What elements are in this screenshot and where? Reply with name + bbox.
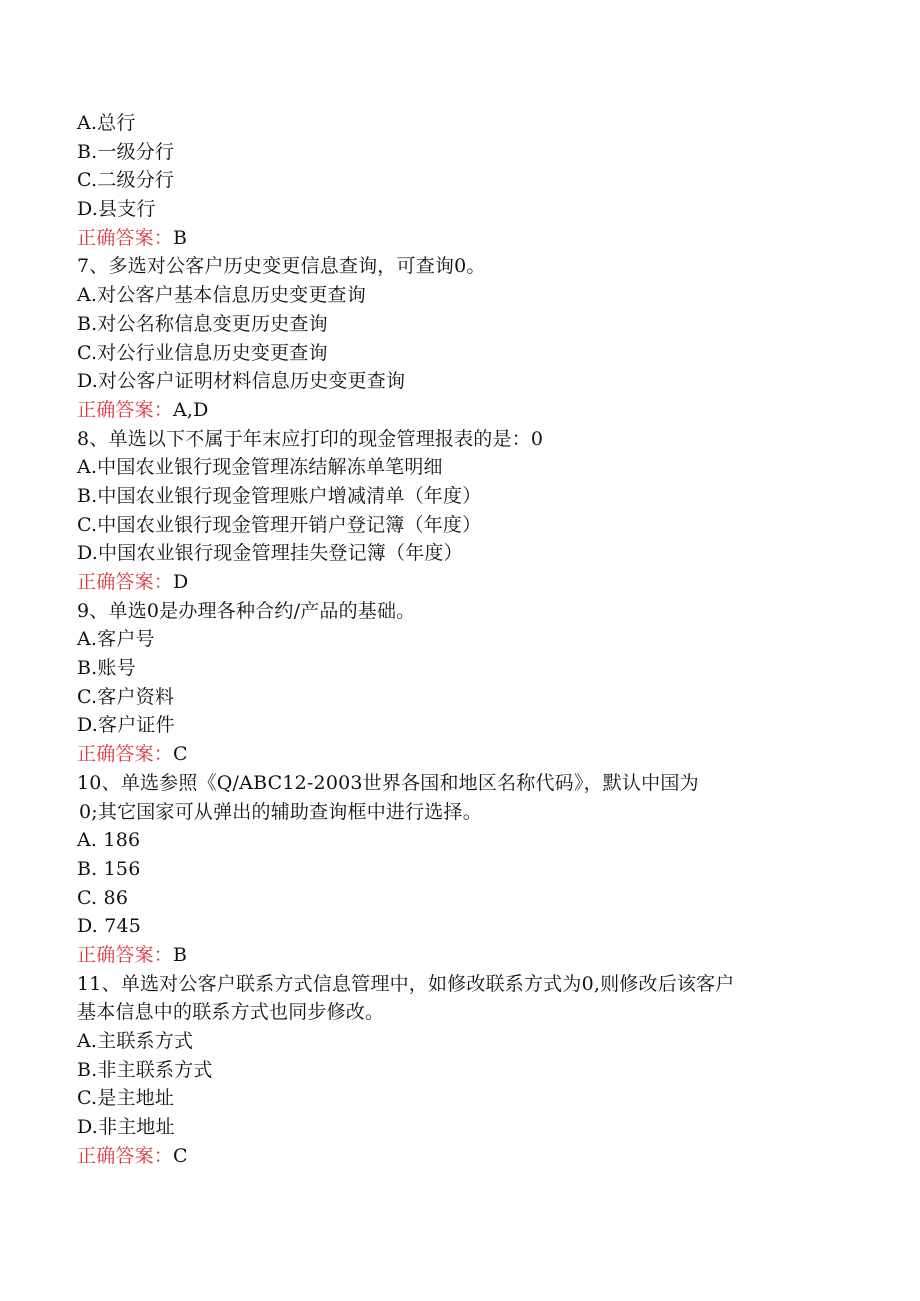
answer-value: C: [173, 743, 188, 765]
option-d: D.客户证件: [77, 711, 837, 740]
option-d: D.县支行: [77, 195, 837, 224]
question-stem-continued: 基本信息中的联系方式也同步修改。: [77, 998, 837, 1027]
option-c: C.中国农业银行现金管理开销户登记簿（年度）: [77, 511, 837, 540]
answer-label: 正确答案：: [77, 399, 173, 421]
question-9: 9、单选0是办理各种合约/产品的基础。 A.客户号 B.账号 C.客户资料 D.…: [77, 597, 837, 769]
option-c: C.是主地址: [77, 1084, 837, 1113]
option-a: A.总行: [77, 109, 837, 138]
option-c: C.客户资料: [77, 683, 837, 712]
question-6-tail: A.总行 B.一级分行 C.二级分行 D.县支行 正确答案：B: [77, 109, 837, 252]
question-stem-continued: 0;其它国家可从弹出的辅助查询框中进行选择。: [77, 798, 837, 827]
correct-answer: 正确答案：B: [77, 941, 837, 970]
option-b: B. 156: [77, 855, 837, 884]
option-a: A.中国农业银行现金管理冻结解冻单笔明细: [77, 453, 837, 482]
option-d: D.非主地址: [77, 1113, 837, 1142]
option-d: D.中国农业银行现金管理挂失登记簿（年度）: [77, 539, 837, 568]
answer-value: D: [173, 571, 188, 593]
option-c: C.二级分行: [77, 166, 837, 195]
question-stem: 8、单选以下不属于年末应打印的现金管理报表的是：0: [77, 425, 837, 454]
question-11: 11、单选对公客户联系方式信息管理中，如修改联系方式为0,则修改后该客户 基本信…: [77, 970, 837, 1171]
option-a: A.对公客户基本信息历史变更查询: [77, 281, 837, 310]
option-c: C. 86: [77, 884, 837, 913]
correct-answer: 正确答案：C: [77, 740, 837, 769]
question-7: 7、多选对公客户历史变更信息查询，可查询0。 A.对公客户基本信息历史变更查询 …: [77, 252, 837, 424]
correct-answer: 正确答案：C: [77, 1142, 837, 1171]
option-d: D.对公客户证明材料信息历史变更查询: [77, 367, 837, 396]
option-b: B.一级分行: [77, 138, 837, 167]
option-a: A.客户号: [77, 625, 837, 654]
answer-value: A,D: [173, 399, 209, 421]
correct-answer: 正确答案：A,D: [77, 396, 837, 425]
option-a: A.主联系方式: [77, 1027, 837, 1056]
answer-label: 正确答案：: [77, 743, 173, 765]
answer-label: 正确答案：: [77, 1145, 173, 1167]
answer-label: 正确答案：: [77, 227, 173, 249]
option-c: C.对公行业信息历史变更查询: [77, 339, 837, 368]
correct-answer: 正确答案：D: [77, 568, 837, 597]
answer-value: B: [173, 227, 187, 249]
answer-label: 正确答案：: [77, 944, 173, 966]
correct-answer: 正确答案：B: [77, 224, 837, 253]
question-stem: 7、多选对公客户历史变更信息查询，可查询0。: [77, 252, 837, 281]
question-stem: 11、单选对公客户联系方式信息管理中，如修改联系方式为0,则修改后该客户: [77, 970, 837, 999]
question-stem: 10、单选参照《Q/ABC12-2003世界各国和地区名称代码》，默认中国为: [77, 769, 837, 798]
question-8: 8、单选以下不属于年末应打印的现金管理报表的是：0 A.中国农业银行现金管理冻结…: [77, 425, 837, 597]
question-10: 10、单选参照《Q/ABC12-2003世界各国和地区名称代码》，默认中国为 0…: [77, 769, 837, 970]
option-a: A. 186: [77, 826, 837, 855]
answer-value: B: [173, 944, 187, 966]
option-d: D. 745: [77, 912, 837, 941]
option-b: B.账号: [77, 654, 837, 683]
exam-document: A.总行 B.一级分行 C.二级分行 D.县支行 正确答案：B 7、多选对公客户…: [77, 109, 837, 1170]
option-b: B.中国农业银行现金管理账户增减清单（年度）: [77, 482, 837, 511]
option-b: B.对公名称信息变更历史查询: [77, 310, 837, 339]
option-b: B.非主联系方式: [77, 1056, 837, 1085]
answer-label: 正确答案：: [77, 571, 173, 593]
answer-value: C: [173, 1145, 188, 1167]
question-stem: 9、单选0是办理各种合约/产品的基础。: [77, 597, 837, 626]
